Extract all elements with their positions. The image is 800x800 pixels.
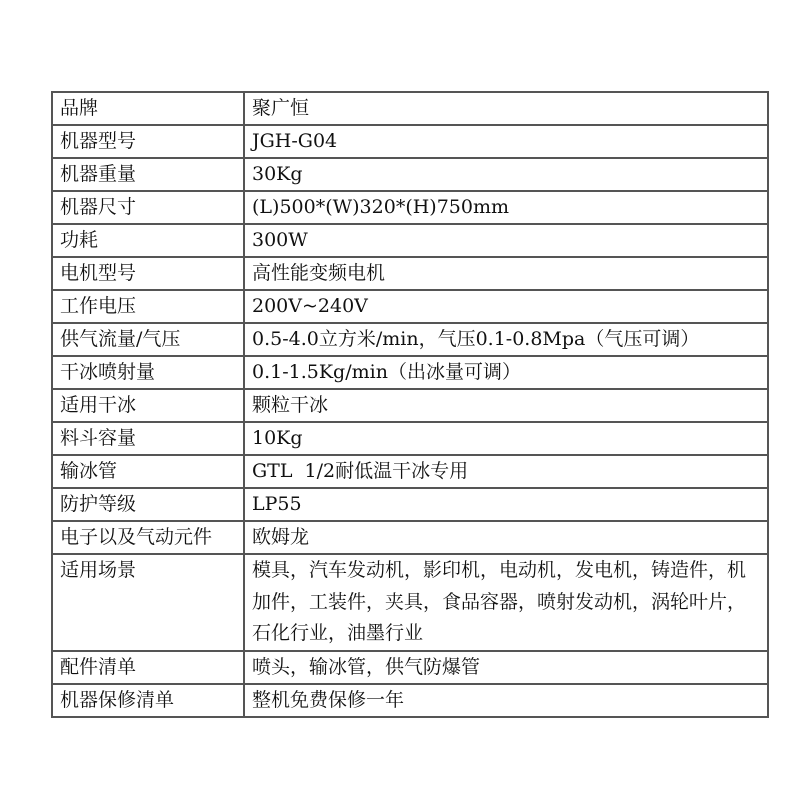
row-value: JGH-G04	[244, 125, 768, 158]
table-row-motor: 电机型号 高性能变频电机	[52, 257, 768, 290]
row-label: 防护等级	[52, 488, 244, 521]
row-value: 欧姆龙	[244, 521, 768, 554]
row-label: 机器保修清单	[52, 684, 244, 717]
row-value: 喷头，输冰管，供气防爆管	[244, 651, 768, 684]
row-label: 电机型号	[52, 257, 244, 290]
row-label: 机器重量	[52, 158, 244, 191]
table-row-air-supply: 供气流量/气压 0.5-4.0立方米/min，气压0.1-0.8Mpa（气压可调…	[52, 323, 768, 356]
row-label: 料斗容量	[52, 422, 244, 455]
row-value: 300W	[244, 224, 768, 257]
table-row-components: 电子以及气动元件 欧姆龙	[52, 521, 768, 554]
row-label: 供气流量/气压	[52, 323, 244, 356]
row-label: 机器型号	[52, 125, 244, 158]
table-row-weight: 机器重量 30Kg	[52, 158, 768, 191]
row-label: 配件清单	[52, 651, 244, 684]
row-label: 干冰喷射量	[52, 356, 244, 389]
table-row-hopper: 料斗容量 10Kg	[52, 422, 768, 455]
row-value: 0.5-4.0立方米/min，气压0.1-0.8Mpa（气压可调）	[244, 323, 768, 356]
row-value: GTL 1/2耐低温干冰专用	[244, 455, 768, 488]
row-value: 30Kg	[244, 158, 768, 191]
row-label: 适用干冰	[52, 389, 244, 422]
table-row-applications: 适用场景 模具，汽车发动机，影印机，电动机，发电机，铸造件，机加件，工装件，夹具…	[52, 554, 768, 651]
row-label: 机器尺寸	[52, 191, 244, 224]
table-row-power: 功耗 300W	[52, 224, 768, 257]
row-label: 品牌	[52, 92, 244, 125]
row-label: 功耗	[52, 224, 244, 257]
table-row-voltage: 工作电压 200V~240V	[52, 290, 768, 323]
row-label: 输冰管	[52, 455, 244, 488]
row-value: 整机免费保修一年	[244, 684, 768, 717]
row-value: LP55	[244, 488, 768, 521]
table-row-dry-ice-type: 适用干冰 颗粒干冰	[52, 389, 768, 422]
table-row-brand: 品牌 聚广恒	[52, 92, 768, 125]
row-value: 0.1-1.5Kg/min（出冰量可调）	[244, 356, 768, 389]
row-value: (L)500*(W)320*(H)750mm	[244, 191, 768, 224]
row-value: 10Kg	[244, 422, 768, 455]
table-row-accessories: 配件清单 喷头，输冰管，供气防爆管	[52, 651, 768, 684]
row-label: 适用场景	[52, 554, 244, 651]
table-row-warranty: 机器保修清单 整机免费保修一年	[52, 684, 768, 717]
table-row-model: 机器型号 JGH-G04	[52, 125, 768, 158]
row-label: 电子以及气动元件	[52, 521, 244, 554]
row-value: 200V~240V	[244, 290, 768, 323]
row-value: 颗粒干冰	[244, 389, 768, 422]
row-value: 模具，汽车发动机，影印机，电动机，发电机，铸造件，机加件，工装件，夹具，食品容器…	[244, 554, 768, 651]
table-row-dimensions: 机器尺寸 (L)500*(W)320*(H)750mm	[52, 191, 768, 224]
row-value: 聚广恒	[244, 92, 768, 125]
table-row-protection: 防护等级 LP55	[52, 488, 768, 521]
spec-table: 品牌 聚广恒 机器型号 JGH-G04 机器重量 30Kg 机器尺寸 (L)50…	[51, 91, 769, 718]
row-value: 高性能变频电机	[244, 257, 768, 290]
table-row-ice-hose: 输冰管 GTL 1/2耐低温干冰专用	[52, 455, 768, 488]
row-label: 工作电压	[52, 290, 244, 323]
table-row-ice-output: 干冰喷射量 0.1-1.5Kg/min（出冰量可调）	[52, 356, 768, 389]
